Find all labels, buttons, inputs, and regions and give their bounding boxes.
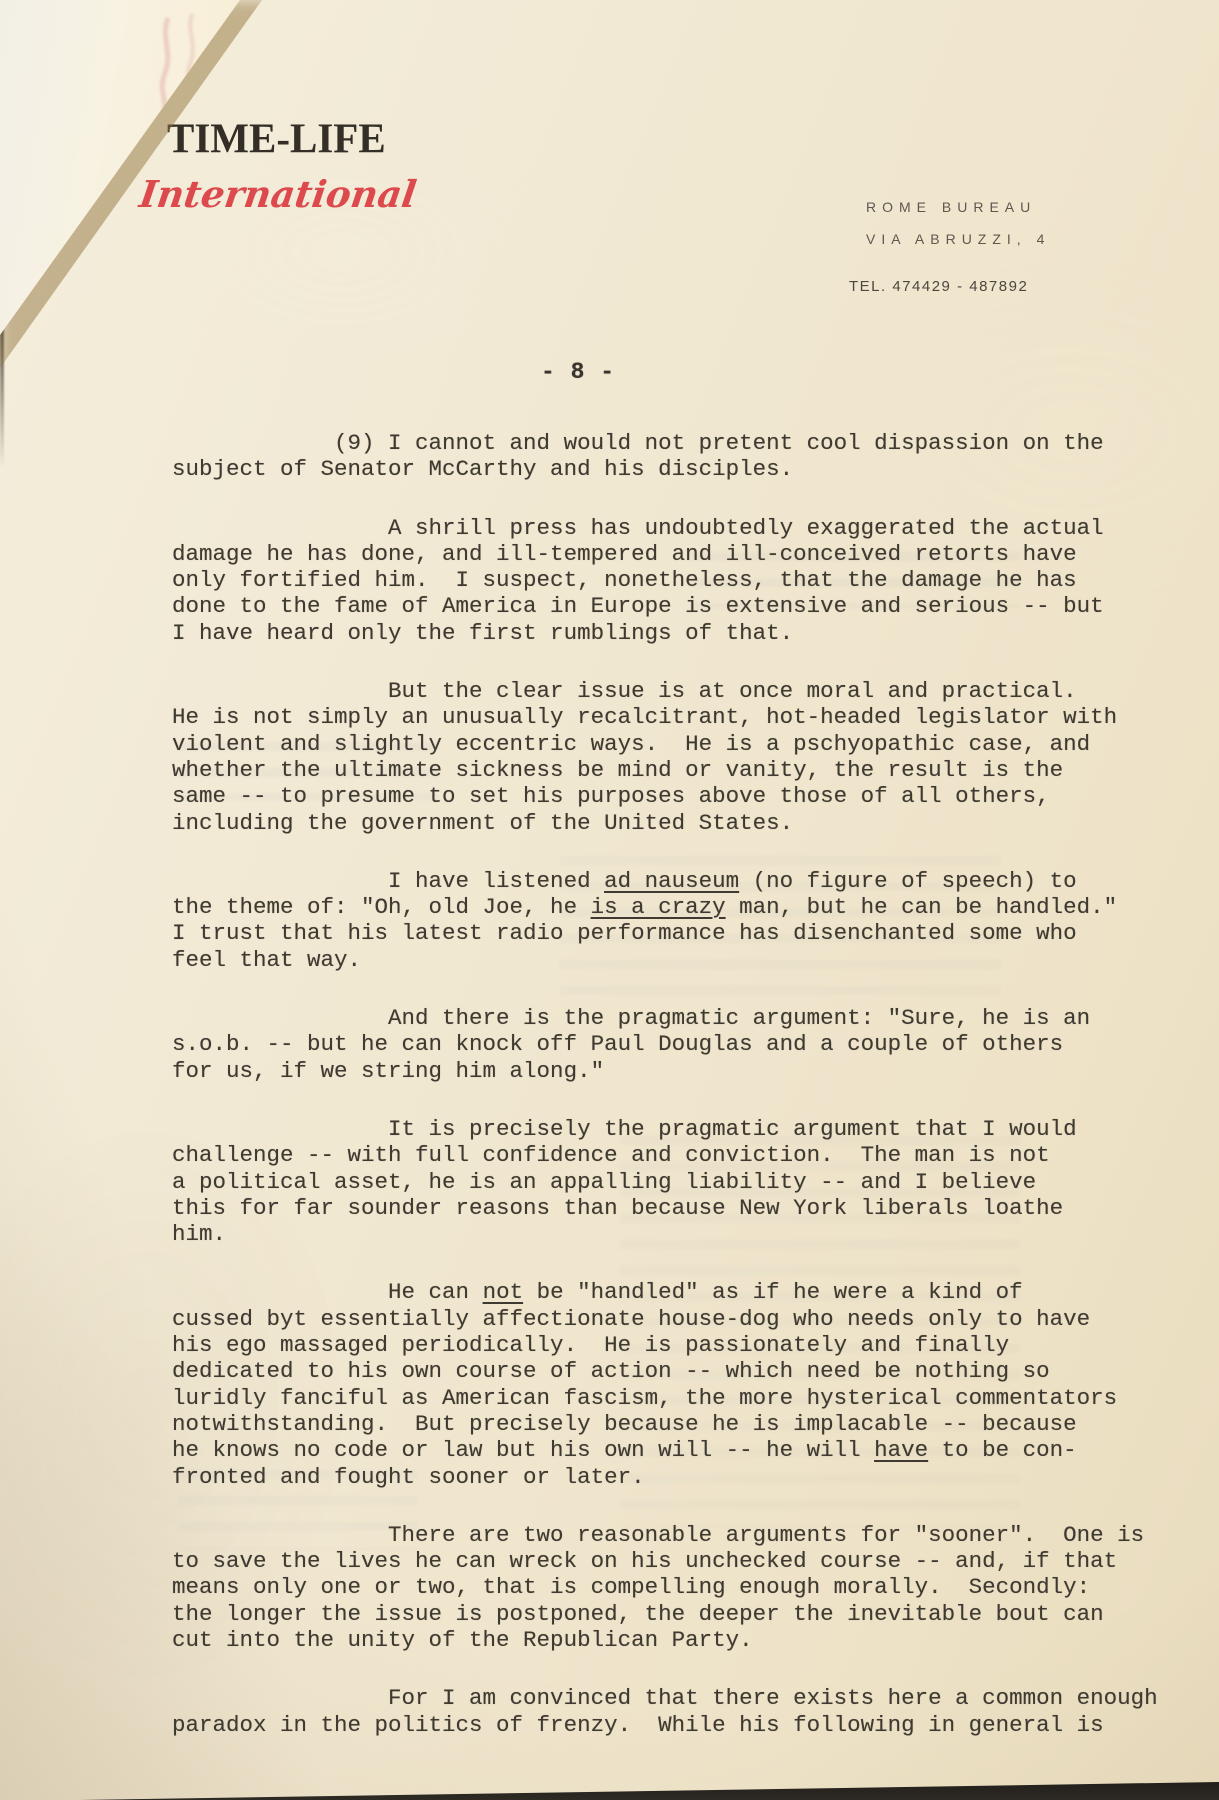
paragraph: For I am convinced that there exists her… xyxy=(172,1685,1207,1738)
photo-backdrop: TIME-LIFE International ROME BUREAU VIA … xyxy=(0,0,1219,1800)
paragraph: A shrill press has undoubtedly exaggerat… xyxy=(172,515,1207,646)
brand-international-script: International xyxy=(137,174,419,214)
paragraph: There are two reasonable arguments for "… xyxy=(172,1522,1207,1653)
page-edge-shadow xyxy=(0,328,4,468)
paragraph: He can not be "handled" as if he were a … xyxy=(172,1279,1207,1489)
body-text: (9) I cannot and would not pretent cool … xyxy=(172,430,1207,1770)
paragraph: (9) I cannot and would not pretent cool … xyxy=(172,430,1207,483)
paragraph: And there is the pragmatic argument: "Su… xyxy=(172,1005,1207,1084)
paragraph: But the clear issue is at once moral and… xyxy=(172,678,1207,836)
paragraph: It is precisely the pragmatic argument t… xyxy=(172,1116,1207,1247)
bureau-name: ROME BUREAU xyxy=(866,200,1036,214)
brand-timelife-logo: TIME-LIFE xyxy=(167,118,386,160)
bureau-telephone: TEL. 474429 - 487892 xyxy=(849,279,1028,294)
page-number: - 8 - xyxy=(541,360,615,384)
bureau-street-address: VIA ABRUZZI, 4 xyxy=(866,232,1050,246)
letter-page: TIME-LIFE International ROME BUREAU VIA … xyxy=(0,0,1219,1800)
paragraph: I have listened ad nauseum (no figure of… xyxy=(172,868,1207,973)
